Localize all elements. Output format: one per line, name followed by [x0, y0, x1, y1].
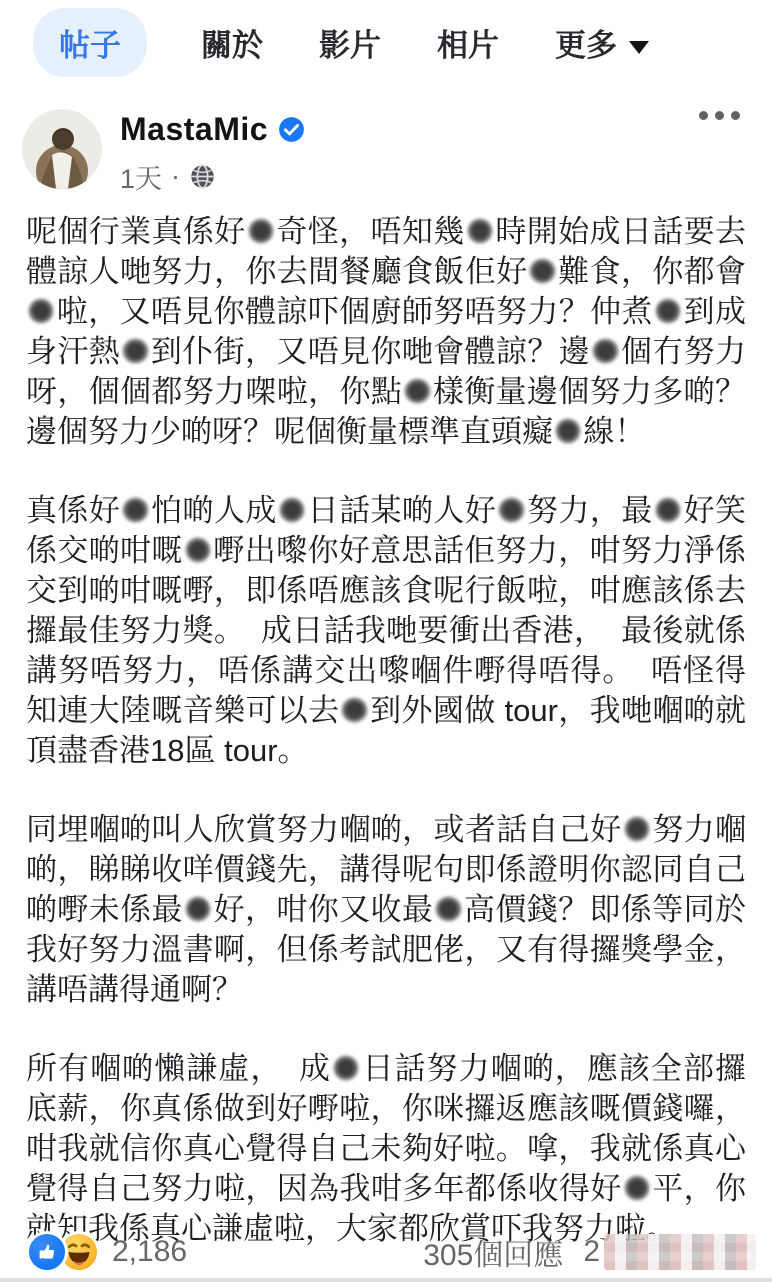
comments-count[interactable]: 305個回應 [423, 1230, 563, 1274]
chevron-down-icon [629, 41, 649, 54]
censored-scribble [247, 217, 276, 246]
tab-about[interactable]: 關於 [199, 8, 265, 77]
post-header: MastaMic 1天 · [0, 83, 772, 200]
post-meta: 1天 · [120, 157, 305, 196]
censored-scribble [340, 696, 369, 725]
censored-scribble [591, 337, 620, 366]
post-body: 呢個行業真係好奇怪，唔知幾時開始成日話要去體諒人哋努力，你去間餐廳食飯佢好難食，… [0, 200, 772, 1249]
like-icon [26, 1231, 68, 1273]
tab-more-label: 更多 [555, 28, 617, 63]
censored-scribble [528, 257, 557, 286]
censored-scribble [121, 337, 150, 366]
censored-scribble [623, 815, 652, 844]
censored-scribble [184, 536, 213, 565]
redacted-pixelation [604, 1234, 756, 1270]
post-paragraph: 呢個行業真係好奇怪，唔知幾時開始成日話要去體諒人哋努力，你去間餐廳食飯佢好難食，… [26, 212, 746, 452]
footer-right-stats: 305個回應 2 [423, 1230, 756, 1274]
post-timestamp[interactable]: 1天 [120, 157, 162, 196]
bottom-divider [0, 1278, 772, 1282]
censored-scribble [184, 895, 213, 924]
censored-scribble [403, 377, 432, 406]
censored-scribble [466, 217, 495, 246]
meta-separator: · [171, 161, 180, 192]
tab-photos[interactable]: 相片 [435, 8, 501, 77]
shares-count[interactable]: 2 [583, 1234, 756, 1270]
post-footer: 2,186 305個回應 2 [0, 1230, 772, 1274]
censored-scribble [497, 496, 526, 525]
author-line: MastaMic [120, 111, 305, 148]
profile-tab-bar: 帖子 關於 影片 相片 更多 [0, 0, 772, 83]
tab-posts[interactable]: 帖子 [33, 8, 147, 77]
post-options-ellipsis-icon[interactable] [689, 101, 750, 130]
censored-scribble [623, 1174, 652, 1203]
censored-scribble [654, 297, 683, 326]
facebook-profile-posts-page: 帖子 關於 影片 相片 更多 MastaMic [0, 0, 772, 1282]
censored-scribble [434, 895, 463, 924]
post-paragraph: 真係好怕啲人成日話某啲人好努力，最好笑係交啲咁嘅嘢出嚟你好意思話佢努力，咁努力淨… [26, 491, 746, 771]
censored-scribble [332, 1054, 361, 1083]
reaction-count: 2,186 [112, 1235, 187, 1269]
globe-icon [189, 163, 216, 190]
avatar[interactable] [22, 109, 102, 189]
censored-scribble [27, 297, 56, 326]
censored-scribble [121, 496, 150, 525]
censored-scribble [278, 496, 307, 525]
post-paragraph: 同埋嗰啲叫人欣賞努力嗰啲，或者話自己好努力嗰啲，睇睇收咩價錢先，講得呢句即係證明… [26, 810, 746, 1010]
post-paragraph: 所有嗰啲懶謙虛， 成日話努力嗰啲，應該全部攞底薪，你真係做到好嘢啦，你咪攞返應該… [26, 1049, 746, 1249]
reactions-summary[interactable]: 2,186 [26, 1231, 187, 1273]
shares-visible-prefix: 2 [583, 1235, 600, 1269]
tab-more[interactable]: 更多 [553, 8, 651, 77]
avatar-image [22, 109, 102, 189]
censored-scribble [654, 496, 683, 525]
censored-scribble [554, 417, 583, 446]
tab-videos[interactable]: 影片 [317, 8, 383, 77]
verified-badge-icon [278, 116, 305, 143]
post-header-text: MastaMic 1天 · [120, 109, 305, 196]
author-name[interactable]: MastaMic [120, 111, 268, 148]
reaction-icons [26, 1231, 100, 1273]
